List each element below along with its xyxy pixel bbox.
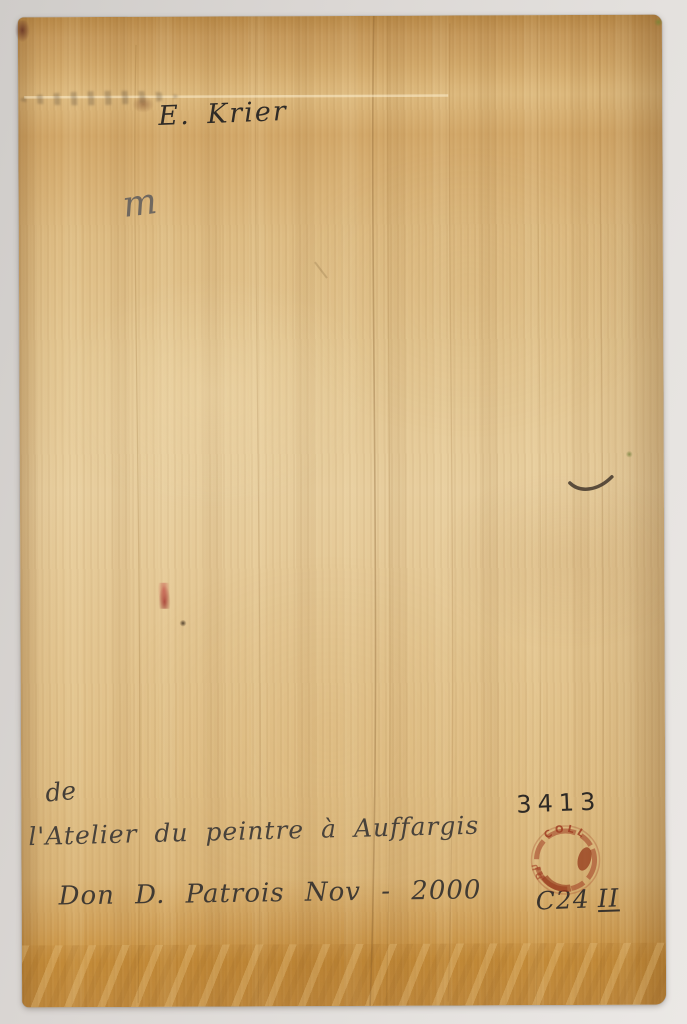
dark-smudge-mark — [570, 477, 612, 489]
red-paint-fleck — [157, 583, 170, 609]
wood-panel: E. Krier m de l'Atelier du peintre à Auf… — [18, 15, 666, 1008]
brown-smudge-blob — [132, 96, 154, 113]
pencil-smudge-band — [20, 89, 178, 106]
green-paint-fleck-top-right — [654, 18, 663, 27]
catalog-roman-numeral: II — [597, 883, 620, 913]
panel-bottom-saw-band — [22, 943, 666, 1008]
stamp-arc-text-top: COLL — [542, 823, 588, 841]
inscription-inventory-number: 3413 — [516, 787, 602, 818]
dark-fleck — [179, 620, 186, 627]
inscription-catalog-mark: C24II — [535, 883, 620, 915]
inscription-letter-m: m — [120, 181, 159, 226]
wood-grain-lines — [18, 15, 666, 1008]
inscription-artist-signature: E. Krier — [158, 96, 289, 132]
green-paint-fleck-right-edge — [626, 451, 633, 458]
wood-mottling — [18, 15, 666, 1008]
inscription-word-de: de — [44, 776, 77, 808]
svg-text:DU: DU — [530, 861, 545, 881]
svg-text:COLL: COLL — [542, 823, 588, 841]
stamp-arc-text-left: DU — [530, 861, 545, 881]
corner-stain-mark — [15, 20, 30, 42]
catalog-code: C24 — [535, 885, 590, 916]
photo-background: E. Krier m de l'Atelier du peintre à Auf… — [0, 0, 687, 1024]
inscription-donation-line: Don D. Patrois Nov - 2000 — [58, 875, 481, 911]
inscription-atelier-line: l'Atelier du peintre à Auffargis — [28, 811, 479, 851]
panel-top-edge-shading — [18, 15, 662, 98]
collection-stamp: COLL DU — [526, 819, 604, 897]
